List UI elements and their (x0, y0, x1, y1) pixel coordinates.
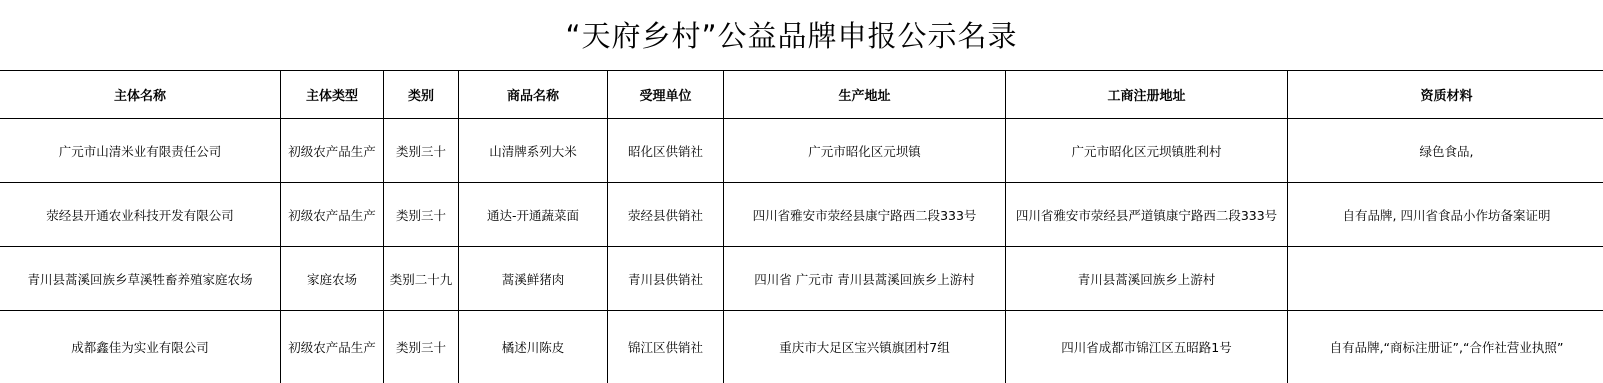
cell-accepting-unit: 荥经县供销社 (608, 183, 724, 247)
cell-registered-address: 四川省成都市锦江区五昭路1号 (1006, 311, 1288, 383)
cell-accepting-unit: 青川县供销社 (608, 247, 724, 311)
cell-entity-type: 初级农产品生产 (281, 311, 384, 383)
header-registered-address: 工商注册地址 (1006, 71, 1288, 119)
cell-registered-address: 青川县蒿溪回族乡上游村 (1006, 247, 1288, 311)
cell-qualifications: 自有品牌, 四川省食品小作坊备案证明 (1288, 183, 1603, 247)
header-product-name: 商品名称 (459, 71, 608, 119)
cell-category: 类别三十 (384, 183, 459, 247)
page-title: “天府乡村”公益品牌申报公示名录 (0, 14, 1583, 58)
table-header-row: 主体名称 主体类型 类别 商品名称 受理单位 生产地址 工商注册地址 资质材料 (0, 71, 1603, 119)
cell-registered-address: 广元市昭化区元坝镇胜利村 (1006, 119, 1288, 183)
cell-entity-name: 青川县蒿溪回族乡草溪牲畜养殖家庭农场 (0, 247, 281, 311)
cell-category: 类别三十 (384, 119, 459, 183)
cell-production-address: 四川省雅安市荥经县康宁路西二段333号 (724, 183, 1006, 247)
header-category: 类别 (384, 71, 459, 119)
cell-accepting-unit: 昭化区供销社 (608, 119, 724, 183)
header-accepting-unit: 受理单位 (608, 71, 724, 119)
header-entity-type: 主体类型 (281, 71, 384, 119)
cell-category: 类别二十九 (384, 247, 459, 311)
header-qualifications: 资质材料 (1288, 71, 1603, 119)
header-production-address: 生产地址 (724, 71, 1006, 119)
cell-qualifications: 自有品牌,“商标注册证”,“合作社营业执照” (1288, 311, 1603, 383)
cell-product-name: 蒿溪鲜猪肉 (459, 247, 608, 311)
cell-accepting-unit: 锦江区供销社 (608, 311, 724, 383)
cell-production-address: 四川省 广元市 青川县蒿溪回族乡上游村 (724, 247, 1006, 311)
cell-product-name: 山清牌系列大米 (459, 119, 608, 183)
cell-qualifications (1288, 247, 1603, 311)
table-row: 荥经县开通农业科技开发有限公司 初级农产品生产 类别三十 通达-开通蔬菜面 荥经… (0, 183, 1603, 247)
cell-registered-address: 四川省雅安市荥经县严道镇康宁路西二段333号 (1006, 183, 1288, 247)
cell-category: 类别三十 (384, 311, 459, 383)
cell-production-address: 重庆市大足区宝兴镇旗团村7组 (724, 311, 1006, 383)
table-row: 青川县蒿溪回族乡草溪牲畜养殖家庭农场 家庭农场 类别二十九 蒿溪鲜猪肉 青川县供… (0, 247, 1603, 311)
cell-product-name: 通达-开通蔬菜面 (459, 183, 608, 247)
cell-production-address: 广元市昭化区元坝镇 (724, 119, 1006, 183)
table-row: 广元市山清米业有限责任公司 初级农产品生产 类别三十 山清牌系列大米 昭化区供销… (0, 119, 1603, 183)
header-entity-name: 主体名称 (0, 71, 281, 119)
brand-list-table: 主体名称 主体类型 类别 商品名称 受理单位 生产地址 工商注册地址 资质材料 … (0, 70, 1603, 383)
table-row: 成都鑫佳为实业有限公司 初级农产品生产 类别三十 橘述川陈皮 锦江区供销社 重庆… (0, 311, 1603, 383)
cell-entity-type: 家庭农场 (281, 247, 384, 311)
cell-qualifications: 绿色食品, (1288, 119, 1603, 183)
cell-entity-name: 广元市山清米业有限责任公司 (0, 119, 281, 183)
cell-entity-type: 初级农产品生产 (281, 183, 384, 247)
cell-entity-name: 荥经县开通农业科技开发有限公司 (0, 183, 281, 247)
cell-entity-name: 成都鑫佳为实业有限公司 (0, 311, 281, 383)
cell-entity-type: 初级农产品生产 (281, 119, 384, 183)
cell-product-name: 橘述川陈皮 (459, 311, 608, 383)
